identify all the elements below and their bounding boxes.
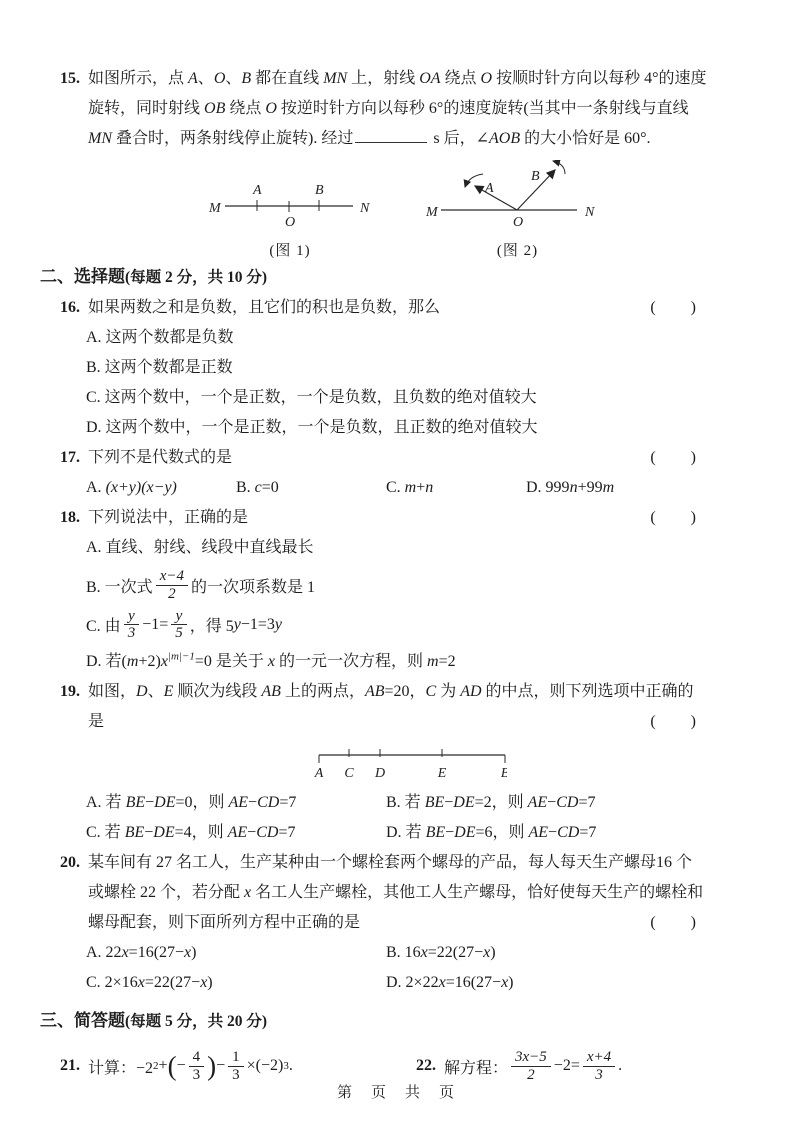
seg-text: =20，: [385, 683, 426, 700]
seg-text: C: [426, 683, 437, 700]
seg-text: 某车间有 27 名工人，生产某种由一个螺栓套两个螺母的产品，每人每天生产螺母16…: [88, 854, 692, 871]
seg-sup: |m|−1: [168, 651, 195, 663]
seg-text: =2，则: [475, 794, 528, 811]
point-label-M: M: [208, 201, 222, 216]
point-label-O: O: [285, 215, 295, 230]
seg-text: 计算：−2: [88, 1055, 153, 1078]
question-20-line-3: 螺母配套，则下面所列方程中正确的是 ( ): [60, 908, 753, 938]
rotation-arrow-A: [465, 174, 483, 187]
seg-text: 如果两数之和是负数，且它们的积也是负数，那么: [88, 299, 440, 316]
question-16-option-d: D. 这两个数中，一个是正数，一个是负数，且正数的绝对值较大: [60, 413, 753, 443]
seg-text: B. 这两个数都是正数: [86, 359, 233, 376]
seg-text: 按顺时针方向以每秒 4°的速度: [492, 70, 706, 87]
seg-text: +: [416, 479, 425, 496]
seg-text: CD: [557, 824, 579, 841]
question-20-text-1: 某车间有 27 名工人，生产某种由一个螺栓套两个螺母的产品，每人每天生产螺母16…: [88, 848, 692, 878]
question-18: 18. 下列说法中，正确的是 ( ) A. 直线、射线、线段中直线最长 B. 一…: [60, 503, 753, 677]
seg-text: 如图所示，点: [88, 70, 188, 87]
seg-text: 下列不是代数式的是: [88, 449, 232, 466]
seg-text: 如图，: [88, 683, 136, 700]
question-20-option-b: B. 16x=22(27−x): [386, 938, 753, 968]
seg-text: =6，则: [475, 824, 528, 841]
seg-text: m: [127, 653, 139, 670]
point-label-B: B: [315, 183, 324, 198]
question-20-options: A. 22x=16(27−x) B. 16x=22(27−x) C. 2×16x…: [60, 938, 753, 998]
seg-text: 的大小恰好是 60°.: [520, 130, 650, 147]
question-17-option-c: C. m+n: [386, 473, 526, 503]
seg-text: =4，则: [175, 824, 228, 841]
seg-text: B. 16: [386, 944, 421, 961]
seg-text: A. 直线、射线、线段中直线最长: [86, 539, 314, 556]
question-19-options: A. 若 BE−DE=0，则 AE−CD=7 B. 若 BE−DE=2，则 AE…: [60, 788, 753, 848]
question-20-option-a: A. 22x=16(27−x): [86, 938, 386, 968]
question-number: 20.: [60, 848, 88, 878]
seg-text: OA: [419, 70, 440, 87]
seg-text: D. 若(: [86, 653, 127, 670]
seg-text: y: [275, 616, 282, 634]
seg-text: 的一元一次方程，则: [275, 653, 427, 670]
question-18-stem: 下列说法中，正确的是: [88, 503, 248, 533]
seg-text: 绕点: [225, 100, 265, 117]
seg-text: .: [289, 1057, 293, 1075]
question-16-stem-line: 16. 如果两数之和是负数，且它们的积也是负数，那么 ( ): [60, 293, 753, 323]
question-21: 21. 计算：−22+(−43)−13×(−2)3.: [60, 1049, 416, 1084]
seg-text: B.: [236, 479, 255, 496]
seg-text: 、: [198, 70, 214, 87]
seg-text: 旋转，同时射线: [88, 100, 204, 117]
answer-bracket: ( ): [650, 908, 697, 938]
seg-text: BE: [126, 794, 146, 811]
question-18-stem-line: 18. 下列说法中，正确的是 ( ): [60, 503, 753, 533]
seg-text: D. 999: [526, 479, 570, 496]
q15-figures: M N A B O (图 1): [40, 160, 753, 260]
section-3-note: (每题 5 分，共 20 分): [125, 1013, 267, 1030]
question-18-option-c: C. 由y3−1=y5，得 5y−1=3y: [60, 608, 753, 643]
seg-text: A. 这两个数都是负数: [86, 329, 234, 346]
question-15: 15. 如图所示，点 A、O、B 都在直线 MN 上，射线 OA 绕点 O 按顺…: [60, 64, 753, 154]
seg-text: 螺母配套，则下面所列方程中正确的是: [88, 914, 360, 931]
seg-text: s 后，∠: [429, 130, 489, 147]
seg-text: −: [144, 824, 153, 841]
page-footer: 第 页 共 页: [0, 1081, 793, 1102]
figure-q19-drawing: A C D E B: [307, 741, 507, 781]
question-19: 19. 如图，D、E 顺次为线段 AB 上的两点，AB=20，C 为 AD 的中…: [60, 677, 753, 848]
seg-text: DE: [154, 794, 175, 811]
seg-text: O: [214, 70, 226, 87]
figure-2-caption: (图 2): [425, 239, 610, 260]
question-18-option-a: A. 直线、射线、线段中直线最长: [60, 533, 753, 563]
seg-frac: 3x−52: [511, 1049, 551, 1084]
question-16-option-a: A. 这两个数都是负数: [60, 323, 753, 353]
figure-1-drawing: M N A B O: [205, 176, 375, 232]
answer-bracket: ( ): [650, 293, 697, 323]
seg-frac: x+43: [583, 1049, 615, 1084]
question-16-stem: 如果两数之和是负数，且它们的积也是负数，那么: [88, 293, 440, 323]
seg-text: y: [234, 616, 241, 634]
seg-text: m: [427, 653, 439, 670]
seg-text: 为: [436, 683, 460, 700]
question-number: 21.: [60, 1057, 88, 1075]
seg-text: m: [603, 479, 615, 496]
seg-text: AE: [229, 794, 249, 811]
seg-text: .: [618, 1057, 622, 1075]
question-19-option-c: C. 若 BE−DE=4，则 AE−CD=7: [86, 818, 386, 848]
question-19-stem-line-1: 19. 如图，D、E 顺次为线段 AB 上的两点，AB=20，C 为 AD 的中…: [60, 677, 753, 707]
section-3-title: 三、简答题: [40, 1011, 125, 1030]
seg-text: C. 这两个数中，一个是正数，一个是负数，且负数的绝对值较大: [86, 389, 537, 406]
seg-frac: y5: [171, 608, 187, 643]
seg-text: c: [255, 479, 262, 496]
seg-text: n: [425, 479, 433, 496]
question-17-stem-line: 17. 下列不是代数式的是 ( ): [60, 443, 753, 473]
point-label-E: E: [436, 766, 446, 781]
seg-text: =0，则: [175, 794, 228, 811]
seg-text: CD: [257, 794, 279, 811]
seg-text: x: [421, 944, 428, 961]
seg-text: D. 2×22: [386, 974, 439, 991]
section-2-heading: 二、选择题(每题 2 分，共 10 分): [40, 262, 753, 293]
figure-1-caption: (图 1): [205, 239, 375, 260]
question-17-option-d: D. 999n+99m: [526, 473, 753, 503]
seg-text: 的中点，则下列选项中正确的: [482, 683, 694, 700]
seg-text: A. 22: [86, 944, 122, 961]
seg-text: ，得 5: [190, 613, 234, 636]
question-22: 22. 解方程：3x−52−2=x+43.: [416, 1049, 622, 1084]
rotation-arrow-B: [553, 161, 565, 174]
question-17-stem: 下列不是代数式的是: [88, 443, 232, 473]
seg-text: DE: [454, 824, 475, 841]
seg-text: ): [207, 974, 212, 991]
figure-1: M N A B O (图 1): [205, 176, 375, 260]
question-17: 17. 下列不是代数式的是 ( ) A. (x+y)(x−y) B. c=0 C…: [60, 443, 753, 503]
point-label-A: A: [313, 766, 323, 781]
question-20: 20. 某车间有 27 名工人，生产某种由一个螺栓套两个螺母的产品，每人每天生产…: [60, 848, 753, 998]
seg-frac: 43: [189, 1049, 205, 1084]
seg-text: C. 2×16: [86, 974, 138, 991]
seg-text: AD: [460, 683, 481, 700]
seg-text: −: [445, 824, 454, 841]
seg-blank: [355, 129, 427, 143]
section-2-title: 二、选择题: [40, 267, 125, 286]
seg-text: x: [122, 944, 129, 961]
question-17-option-a: A. (x+y)(x−y): [86, 473, 236, 503]
seg-text: 下列说法中，正确的是: [88, 509, 248, 526]
point-label-C: C: [344, 766, 354, 781]
seg-text: CD: [556, 794, 578, 811]
seg-text: x: [268, 653, 275, 670]
seg-text: =16(27−: [446, 974, 501, 991]
question-16-option-c: C. 这两个数中，一个是正数，一个是负数，且负数的绝对值较大: [60, 383, 753, 413]
question-20-option-d: D. 2×22x=16(27−x): [386, 968, 753, 998]
seg-text: ×(−2): [247, 1057, 284, 1075]
question-number: 17.: [60, 443, 88, 473]
seg-text: DE: [153, 824, 174, 841]
seg-text: −1=3: [241, 616, 275, 634]
seg-text: x: [439, 974, 446, 991]
seg-text: 、: [225, 70, 241, 87]
seg-text: =7: [278, 824, 295, 841]
seg-text: =0 是关于: [195, 653, 268, 670]
seg-text: n: [570, 479, 578, 496]
seg-text: =22(27−: [145, 974, 200, 991]
question-15-text-1: 如图所示，点 A、O、B 都在直线 MN 上，射线 OA 绕点 O 按顺时针方向…: [88, 64, 707, 94]
seg-text: C. 由: [86, 613, 121, 636]
seg-text: +: [159, 1057, 168, 1075]
seg-text: m: [405, 479, 417, 496]
seg-text: −1=: [142, 616, 168, 634]
seg-text: (x+y)(x−y): [106, 479, 177, 496]
question-18-option-b: B. 一次式x−42的一次项系数是 1: [60, 568, 753, 603]
point-label-N: N: [584, 205, 595, 220]
question-18-option-d: D. 若(m+2)x|m|−1=0 是关于 x 的一元一次方程，则 m=2: [60, 647, 753, 677]
question-19-option-a: A. 若 BE−DE=0，则 AE−CD=7: [86, 788, 386, 818]
seg-text: OB: [204, 100, 225, 117]
seg-text: MN: [323, 70, 347, 87]
question-22-body: 解方程：3x−52−2=x+43.: [444, 1049, 622, 1084]
seg-text: B. 一次式: [86, 574, 153, 597]
answer-bracket: ( ): [650, 503, 697, 533]
seg-text: C. 若: [86, 824, 125, 841]
seg-text: −: [177, 1057, 186, 1075]
question-number: 18.: [60, 503, 88, 533]
seg-text: C.: [386, 479, 405, 496]
question-number: 22.: [416, 1057, 444, 1075]
seg-text: ): [508, 974, 513, 991]
seg-text: BE: [426, 824, 446, 841]
point-label-D: D: [373, 766, 384, 781]
questions-21-22-row: 21. 计算：−22+(−43)−13×(−2)3. 22. 解方程：3x−52…: [40, 1049, 753, 1084]
seg-text: −: [216, 1057, 225, 1075]
question-17-option-b: B. c=0: [236, 473, 386, 503]
question-19-option-d: D. 若 BE−DE=6，则 AE−CD=7: [386, 818, 753, 848]
seg-text: ): [490, 944, 495, 961]
question-18-options: A. 直线、射线、线段中直线最长 B. 一次式x−42的一次项系数是 1 C. …: [60, 533, 753, 677]
seg-text: 绕点: [441, 70, 481, 87]
seg-text: −2=: [554, 1057, 580, 1075]
point-label-B: B: [531, 169, 540, 184]
seg-text: =0: [262, 479, 279, 496]
seg-text: D. 这两个数中，一个是正数，一个是负数，且正数的绝对值较大: [86, 419, 538, 436]
seg-text: DE: [453, 794, 474, 811]
seg-text: ): [191, 944, 196, 961]
point-label-N: N: [359, 201, 370, 216]
question-19-option-b: B. 若 BE−DE=2，则 AE−CD=7: [386, 788, 753, 818]
question-15-line-3: MN 叠合时，两条射线停止旋转). 经过 s 后，∠AOB 的大小恰好是 60°…: [60, 124, 753, 154]
seg-text: AB: [261, 683, 281, 700]
seg-text: −: [247, 824, 256, 841]
point-label-O: O: [513, 215, 523, 230]
question-number: 15.: [60, 64, 88, 94]
seg-text: 上，射线: [347, 70, 419, 87]
seg-text: −: [547, 794, 556, 811]
point-label-A: A: [252, 183, 262, 198]
seg-text: 都在直线: [251, 70, 323, 87]
seg-text: O: [265, 100, 277, 117]
seg-text: =7: [578, 794, 595, 811]
figure-q19: A C D E B: [60, 741, 753, 786]
seg-text: 或螺栓 22 个，若分配: [88, 884, 244, 901]
seg-text: 是: [88, 713, 104, 730]
seg-text: A. 若: [86, 794, 126, 811]
seg-text: 的一次项系数是 1: [191, 574, 315, 597]
seg-text: MN: [88, 130, 112, 147]
ray-OA: [475, 186, 517, 210]
question-16-option-b: B. 这两个数都是正数: [60, 353, 753, 383]
question-16-options: A. 这两个数都是负数 B. 这两个数都是正数 C. 这两个数中，一个是正数，一…: [60, 323, 753, 443]
seg-text: −: [248, 794, 257, 811]
question-19-stem-line-2: 是 ( ): [60, 707, 753, 737]
point-label-M: M: [425, 205, 439, 220]
seg-text: =16(27−: [129, 944, 184, 961]
exam-page: 15. 如图所示，点 A、O、B 都在直线 MN 上，射线 OA 绕点 O 按顺…: [0, 0, 793, 1122]
seg-text: 解方程：: [444, 1055, 508, 1078]
question-16: 16. 如果两数之和是负数，且它们的积也是负数，那么 ( ) A. 这两个数都是…: [60, 293, 753, 443]
point-label-A: A: [484, 181, 494, 196]
seg-text: AE: [228, 824, 248, 841]
seg-text: 叠合时，两条射线停止旋转). 经过: [112, 130, 353, 147]
question-15-line-1: 15. 如图所示，点 A、O、B 都在直线 MN 上，射线 OA 绕点 O 按顺…: [60, 64, 753, 94]
seg-text: −: [548, 824, 557, 841]
seg-text: =7: [279, 794, 296, 811]
question-21-body: 计算：−22+(−43)−13×(−2)3.: [88, 1049, 293, 1084]
seg-frac: 13: [228, 1049, 244, 1084]
seg-text: =22(27−: [428, 944, 483, 961]
question-20-text-3: 螺母配套，则下面所列方程中正确的是: [88, 908, 360, 938]
section-2-note: (每题 2 分，共 10 分): [125, 269, 267, 286]
seg-text: −: [444, 794, 453, 811]
page-content: 15. 如图所示，点 A、O、B 都在直线 MN 上，射线 OA 绕点 O 按顺…: [0, 0, 793, 1084]
question-15-line-2: 旋转，同时射线 OB 绕点 O 按逆时针方向以每秒 6°的速度旋转(当其中一条射…: [60, 94, 753, 124]
seg-text: =2: [439, 653, 456, 670]
seg-text: 顺次为线段: [173, 683, 261, 700]
seg-text: AE: [529, 824, 549, 841]
seg-text: E: [164, 683, 174, 700]
seg-text: D. 若: [386, 824, 426, 841]
seg-text: x: [161, 653, 168, 670]
question-19-stem-2: 是: [88, 707, 104, 737]
seg-text: 按逆时针方向以每秒 6°的速度旋转(当其中一条射线与直线: [277, 100, 689, 117]
seg-text: CD: [256, 824, 278, 841]
seg-text: A: [188, 70, 198, 87]
figure-2-drawing: M N A B O: [425, 160, 610, 232]
question-17-options: A. (x+y)(x−y) B. c=0 C. m+n D. 999n+99m: [60, 473, 753, 503]
seg-text: BE: [425, 794, 445, 811]
answer-bracket: ( ): [650, 443, 697, 473]
question-number: 19.: [60, 677, 88, 707]
seg-frac: x−42: [156, 568, 188, 603]
seg-text: x: [138, 974, 145, 991]
seg-text: +2): [138, 653, 160, 670]
seg-text: =7: [579, 824, 596, 841]
question-19-stem-1: 如图，D、E 顺次为线段 AB 上的两点，AB=20，C 为 AD 的中点，则下…: [88, 677, 694, 707]
question-20-line-1: 20. 某车间有 27 名工人，生产某种由一个螺栓套两个螺母的产品，每人每天生产…: [60, 848, 753, 878]
seg-text: O: [481, 70, 493, 87]
seg-text: A.: [86, 479, 106, 496]
question-20-line-2: 或螺栓 22 个，若分配 x 名工人生产螺栓，其他工人生产螺母，恰好使每天生产的…: [60, 878, 753, 908]
point-label-B: B: [500, 766, 506, 781]
question-number: 16.: [60, 293, 88, 323]
seg-text: B: [241, 70, 251, 87]
seg-text: BE: [125, 824, 145, 841]
seg-text: 名工人生产螺栓，其他工人生产螺母，恰好使每天生产的螺栓和: [251, 884, 703, 901]
seg-text: D: [136, 683, 148, 700]
answer-bracket: ( ): [650, 707, 697, 737]
seg-text: B. 若: [386, 794, 425, 811]
question-20-option-c: C. 2×16x=22(27−x): [86, 968, 386, 998]
seg-text: 上的两点，: [281, 683, 365, 700]
seg-text: +99: [578, 479, 603, 496]
seg-text: AE: [528, 794, 548, 811]
seg-frac: y3: [124, 608, 140, 643]
seg-text: AOB: [489, 130, 520, 147]
figure-2: M N A B O (图 2): [425, 160, 610, 260]
seg-text: −: [145, 794, 154, 811]
seg-text: AB: [365, 683, 385, 700]
section-3-heading: 三、简答题(每题 5 分，共 20 分): [40, 1006, 753, 1037]
seg-text: 、: [148, 683, 164, 700]
